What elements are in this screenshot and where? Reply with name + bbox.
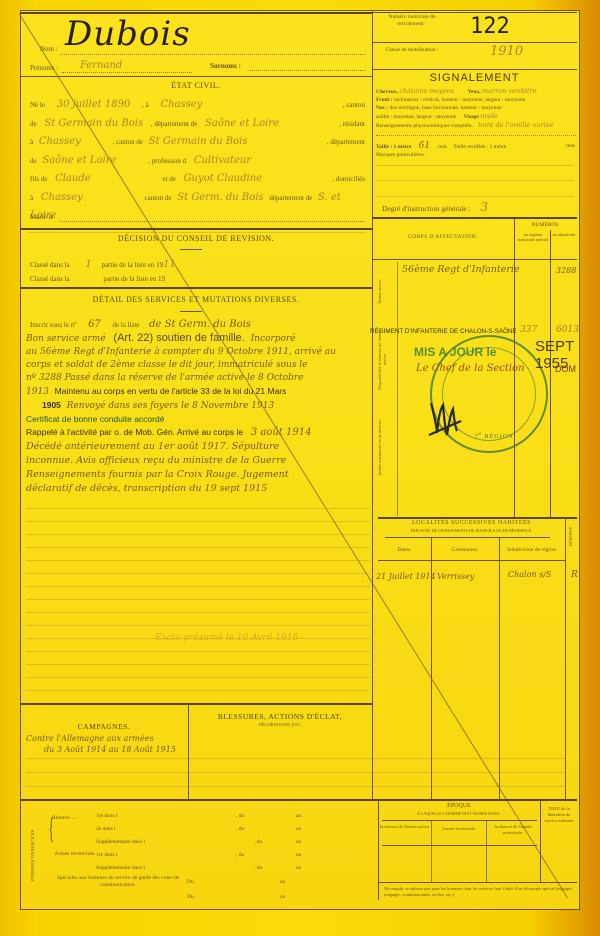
epoque-col3: la réserve de l'armée territoriale. [487,824,539,836]
etat-civil-title: ÉTAT CIVIL. [20,81,372,90]
service-line: inconnue. Avis officieux reçu du ministr… [26,454,372,468]
localite-code: R [571,570,578,580]
chef-section-signature: Le Chef de la Section [416,363,525,374]
services-title: DÉTAIL DES SERVICES ET MUTATIONS DIVERSE… [20,295,372,304]
matricule-label: Numéro matricule du recrutement : [378,14,446,28]
signature-scribble-icon [425,395,465,440]
birth-departement: Saône et Loire [205,118,279,129]
residence-canton: St Germain du Bois [149,136,248,147]
liste-value: de St Germ. du Bois [149,319,251,330]
blessures-title: BLESSURES, ACTIONS D'ÉCLAT, [188,712,372,721]
classe-label: Classe de mobilisation : [378,47,446,54]
service-aptitude: Bon service armé [26,334,106,344]
campagne-line-1: Contre l'Allemagne aux armées [26,734,153,743]
speciales-du-2: Du [187,894,194,900]
side-label-disponibilite: Disponibilité et réserve de l'armée acti… [377,325,387,393]
conseil-revision-lines: Classé dans la 1 partie de la liste en 1… [30,258,176,286]
nez-value: dos rectiligne, base horizontale, hauteu… [389,105,501,111]
service-line: Décédé antérieurement au 1er août 1917. … [26,440,372,454]
corps-row-1-repertoire: 3288 [556,266,576,275]
mis-a-jour-stamp: MIS A JOUR le [414,345,496,359]
reserve-label: Réserve .... [52,815,77,821]
services-detail: Inscrit sous le nº 67 de la liste de St … [26,318,372,496]
revision-year-value: 11 [163,259,176,270]
col-repertoire-header: au répertoire [551,232,577,237]
nom-value: Dubois [65,14,191,54]
col-dates-header: Dates. [378,547,431,553]
etat-civil-fields: Né le 30 juillet 1890 , à Chassey , cant… [30,96,365,226]
armee-territoriale-label: Armée territoriale. [50,851,100,858]
mother-name: Guyot Claudine [184,173,263,184]
speciales-au-1: au [280,879,285,885]
service-line: déclaratif de décès, transcription du 19… [26,482,372,496]
front-value: inclinaison : vertical, hauteur : moyenn… [394,97,525,103]
certificat-stamp: Certificat de bonne conduite accordé [26,413,372,426]
localite-commune: Verrissey [437,572,474,581]
conseil-revision-title: DÉCISION DU CONSEIL DE REVISION. [20,234,372,243]
epoque-col2: l'armée territoriale. [432,826,486,832]
soutien-famille-stamp: (Art. 22) soutien de famille. [113,332,244,344]
campagnes-title: CAMPAGNES. [20,722,188,731]
corps-row-2-registre: 337 [520,325,537,335]
parents-canton: St Germ. du Bois [177,192,263,203]
residence-departement: Saône et Loire [42,155,116,166]
col-subdivision-header: Subdivision de région. [499,547,565,553]
date-liberation-header: DATE de la libération du service militai… [541,806,577,824]
localite-date: 21 Juillet 1914 [376,572,436,581]
renseignements-value: teint de l'oreille ourlée [478,121,553,129]
birth-date: 30 juillet 1890 [57,99,131,110]
blessures-subtitle: DÉCORATIONS, ETC. [188,722,372,727]
father-name: Claude [55,173,91,184]
side-label-armee-active: Armée active. [377,270,382,312]
nom-label: Nom : [40,45,58,53]
matricule-value: 122 [470,14,510,39]
cheveux-value: châtains moyens [399,87,454,95]
signalement-fields: Cheveux, châtains moyens Yeux, marron ve… [376,87,576,159]
degre-value: 3 [480,200,488,214]
birth-canton: St Germain du Bois [44,118,143,129]
service-line: Renseignements fournis par la Croix Roug… [26,468,372,482]
epoque-title: ÉPOQUE [378,803,540,809]
birth-place: Chassey [160,99,202,110]
degre-instruction: Degré d'instruction générale : 3 [382,200,488,214]
col-communes-header: Communes. [431,547,499,553]
localites-subtitle: PAR SUITE DE CHANGEMENTS DE DOMICILE OU … [378,528,565,533]
service-line: nº 3288 Passé dans la réserve de l'armée… [26,372,372,385]
stamp-initials: DOM [555,364,576,374]
corps-affectation-title: CORPS D'AFFECTATION. [372,234,514,240]
prenoms-value: Fernand [80,60,122,71]
epoque-col1: la réserve de l'armée active. [380,824,430,830]
localite-subdivision: Chalon s/S [508,570,551,579]
maintenu-stamp: Maintenu au corps en vertu de l'article … [55,386,287,396]
service-line: corps et soldat de 2ème classe le dit jo… [26,359,372,372]
marie-label: Marié le [30,213,54,221]
taille-value: 61 [419,141,430,151]
numeros-title: NUMÉROS [514,222,576,228]
epoque-subtitle: À LAQUELLE L'HOMME DOIT PASSER DANS : [378,811,540,816]
yeux-value: marron verdâtre [482,87,537,95]
service-line: au 56ème Regt d'Infanterie à compter du … [26,346,372,359]
stamp-region-text: 7e RÉGION [475,432,513,440]
localites-title: LOCALITÉS SUCCESSIVES HABITÉES [378,520,565,526]
periodes-lines: 1re dans l, duau 2e dans l, duau Supplém… [96,810,372,875]
campagne-line-2: du 3 Août 1914 au 18 Août 1915 [44,745,176,754]
signalement-title: SIGNALEMENT [372,72,577,84]
periodes-side-label: PÉRIODES D'EXERCICES [30,820,35,890]
col-registre-header: au registre matricule spécial [516,232,550,242]
faint-note: Exclu présumé le 10 Avril 1916 [155,633,298,643]
prenoms-label: Prénoms : [30,64,58,72]
corps-row-2-repertoire: 6013 [556,325,579,335]
speciales-au-2: au [280,894,285,900]
residence-place: Chassey [39,136,81,147]
visage-value: ovale [480,112,497,120]
side-label-armee-territoriale: Armée territoriale et sa réserve. [377,408,382,488]
speciales-label: Spéciales aux hommes du service de garde… [52,875,184,889]
inscrit-number: 67 [88,319,101,330]
corps-row-1: 56ème Regt d'Infanterie [402,264,520,275]
corps-row-2-stamp: RÉGIMENT D'INFANTERIE DE CHALON-S-SAÔNE [370,328,517,335]
localites-side-label: RÉSERVE [568,522,573,550]
column-divider [372,10,373,800]
parents-domicile: Chassey [41,192,83,203]
epoque-note: Ne remplir ce tableau que pour les homme… [384,886,574,898]
surnoms-label: Surnoms : [210,62,241,70]
rappele-date: 3 août 1914 [251,427,312,438]
speciales-du-1: Du [187,879,194,885]
rappele-stamp: Rappelé à l'activité par o. de Mob. Gén.… [26,427,243,437]
classe-value: 1910 [490,44,523,59]
revision-partie-value: 1 [85,259,91,270]
service-line: Renvoyé dans ses foyers le 8 Novembre 19… [67,401,275,411]
profession-value: Cultivateur [194,155,251,166]
